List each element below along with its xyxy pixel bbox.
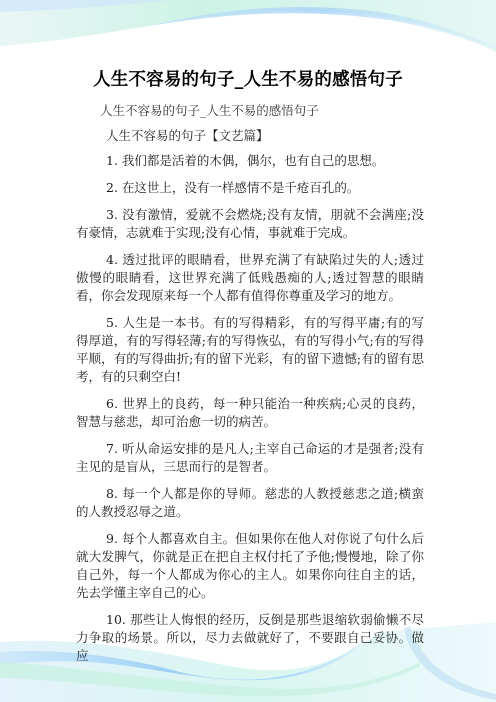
document-subtitle: 人生不容易的句子_人生不易的感悟句子 (100, 101, 319, 119)
paragraph: 3. 没有激情，爱就不会燃烧;没有友情，朋就不会满座;没有豪情，志就难于实现;没… (76, 206, 424, 242)
paragraph: 8. 每一个人都是你的导师。慈悲的人教授慈悲之道;横蛮的人教授忍辱之道。 (76, 485, 424, 521)
section-heading: 人生不容易的句子【文艺篇】 (106, 126, 269, 144)
paragraph: 10. 那些让人悔恨的经历，反倒是那些退缩软弱偷懒不尽力争取的场景。所以，尽力去… (76, 611, 424, 665)
paragraph: 9. 每个人都喜欢自主。但如果你在他人对你说了句什么后就大发脾气，你就是正在把自… (76, 530, 424, 602)
paragraph: 4. 透过批评的眼睛看，世界充满了有缺陷过失的人;透过傲慢的眼睛看，这世界充满了… (76, 251, 424, 305)
document-body: 1. 我们都是活着的木偶，偶尔，也有自己的思想。 2. 在这世上，没有一样感情不… (76, 152, 424, 674)
paragraph: 6. 世界上的良药，每一种只能治一种疾病;心灵的良药，智慧与慈悲，却可治愈一切的… (76, 395, 424, 431)
paragraph: 1. 我们都是活着的木偶，偶尔，也有自己的思想。 (76, 152, 424, 170)
paragraph: 2. 在这世上，没有一样感情不是千疮百孔的。 (76, 179, 424, 197)
paragraph: 5. 人生是一本书。有的写得精彩，有的写得平庸;有的写得厚道，有的写得轻薄;有的… (76, 314, 424, 386)
document-page: 人生不容易的句子_人生不易的感悟句子 人生不容易的句子_人生不易的感悟句子 人生… (0, 0, 496, 702)
paragraph: 7. 听从命运安排的是凡人;主宰自己命运的才是强者;没有主见的是盲从，三思而行的… (76, 440, 424, 476)
document-title: 人生不容易的句子_人生不易的感悟句子 (0, 66, 496, 91)
